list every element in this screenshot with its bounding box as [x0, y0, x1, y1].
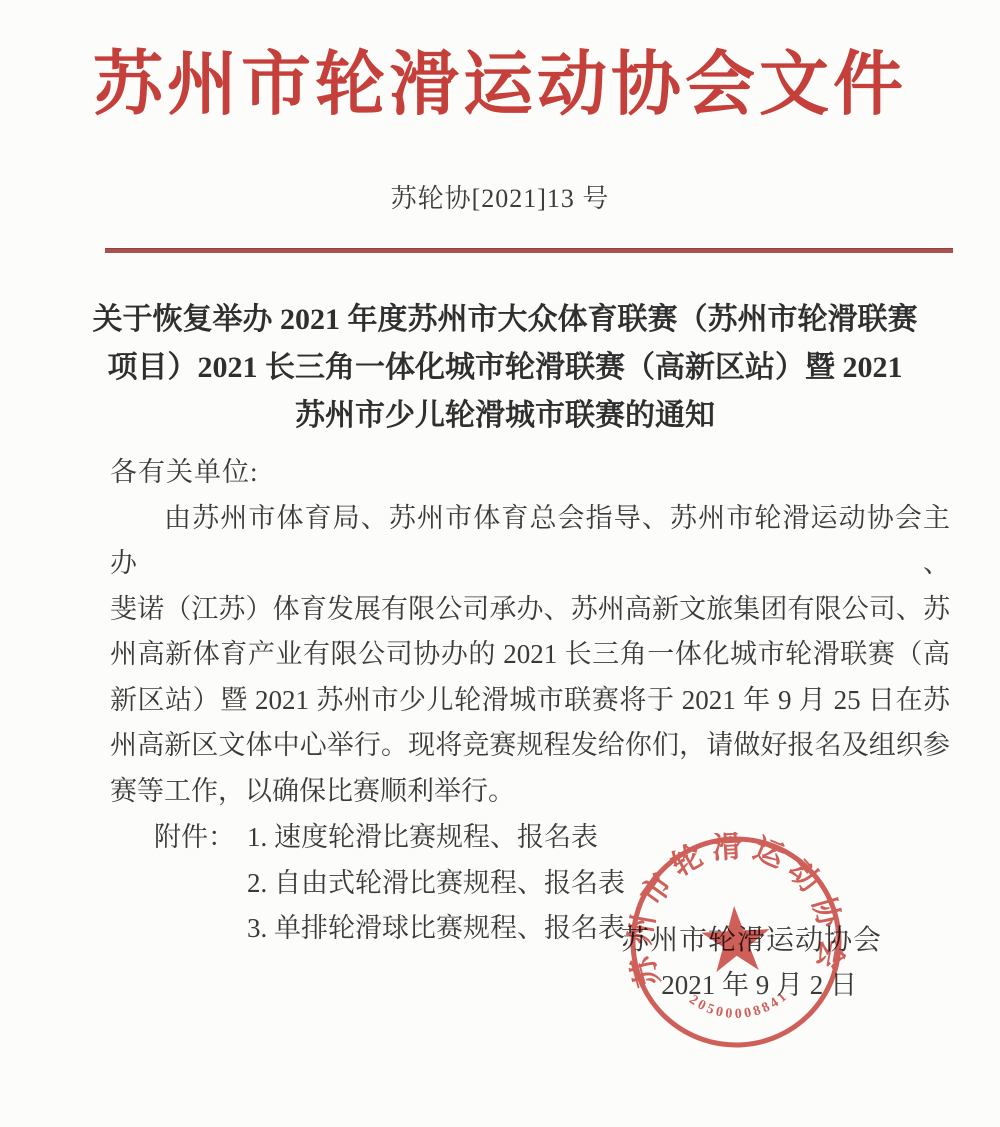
body-paragraph-line: 州高新区文体中心举行。现将竞赛规程发给你们，请做好报名及组织参	[110, 723, 950, 769]
attachments-list: 1. 速度轮滑比赛规程、报名表 2. 自由式轮滑比赛规程、报名表 3. 单排轮滑…	[247, 815, 625, 952]
attachment-item: 1. 速度轮滑比赛规程、报名表	[247, 815, 625, 861]
body-paragraph-line: 州高新体育产业有限公司协办的 2021 长三角一体化城市轮滑联赛（高	[110, 632, 950, 678]
attachment-item: 3. 单排轮滑球比赛规程、报名表	[247, 906, 625, 952]
body-paragraph-line: 新区站）暨 2021 苏州市少儿轮滑城市联赛将于 2021 年 9 月 25 日…	[110, 678, 950, 724]
seal-ring-text: 苏州市轮滑运动协会	[620, 826, 850, 990]
red-divider-rule	[105, 248, 953, 253]
body-paragraph-line: 由苏州市体育局、苏州市体育总会指导、苏州市轮滑运动协会主办、	[110, 496, 950, 587]
document-number: 苏轮协[2021]13 号	[0, 178, 1000, 215]
salutation: 各有关单位:	[110, 450, 950, 496]
body-paragraph-line: 赛等工作，以确保比赛顺利举行。	[110, 769, 950, 815]
notice-title: 关于恢复举办 2021 年度苏州市大众体育联赛（苏州市轮滑联赛 项目）2021 …	[50, 296, 960, 440]
red-star-icon	[700, 904, 772, 973]
official-document-page: 苏州市轮滑运动协会文件 苏轮协[2021]13 号 关于恢复举办 2021 年度…	[0, 0, 1000, 1127]
body-paragraph-line: 斐诺（江苏）体育发展有限公司承办、苏州高新文旅集团有限公司、苏	[110, 587, 950, 633]
notice-title-line: 关于恢复举办 2021 年度苏州市大众体育联赛（苏州市轮滑联赛	[50, 296, 960, 344]
attachments-label: 附件：	[154, 815, 235, 952]
attachment-item: 2. 自由式轮滑比赛规程、报名表	[247, 861, 625, 907]
notice-title-line: 项目）2021 长三角一体化城市轮滑联赛（高新区站）暨 2021	[50, 344, 960, 392]
notice-title-line: 苏州市少儿轮滑城市联赛的通知	[50, 392, 960, 440]
letterhead-org-title: 苏州市轮滑运动协会文件	[0, 38, 1000, 134]
official-red-seal: 苏州市轮滑运动协会 3205000088417	[620, 826, 851, 1057]
seal-ring-text-container: 苏州市轮滑运动协会	[620, 826, 850, 990]
